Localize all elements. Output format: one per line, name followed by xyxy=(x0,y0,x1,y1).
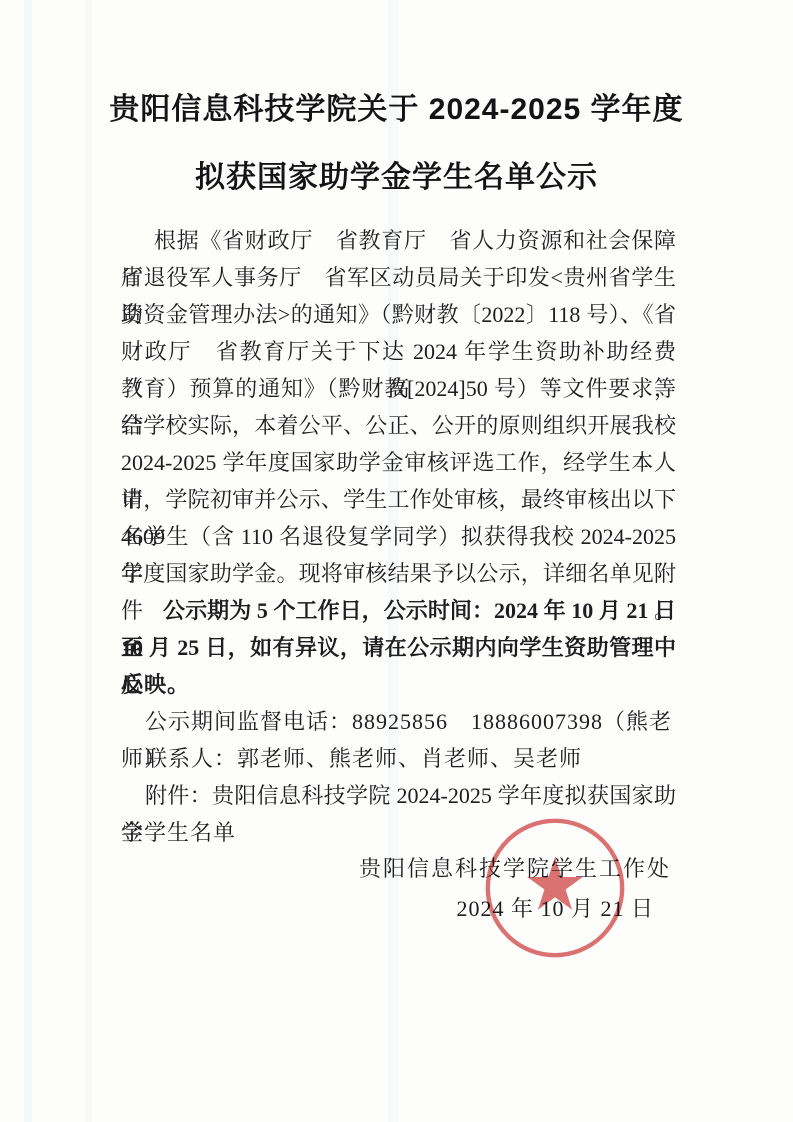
text-line: 名学生（含 110 名退役复学同学）拟获得我校 2024-2025 学 xyxy=(121,518,676,555)
text-line: 请，学院初审并公示、学生工作处审核，最终审核出以下 4609 xyxy=(121,481,676,518)
text-line: 公示期间监督电话：88925856 18886007398（熊老师） xyxy=(121,703,676,740)
signature-organization: 贵阳信息科技学院学生工作处 xyxy=(359,856,671,882)
text-line: 年度国家助学金。现将审核结果予以公示，详细名单见附件。 xyxy=(121,555,676,592)
paragraph-basis: 根据《省财政厅 省教育厅 省人力资源和社会保障厅省退役军人事务厅 省军区动员局关… xyxy=(121,222,676,592)
text-line: 10 月 25 日，如有异议，请在公示期内向学生资助管理中心 xyxy=(121,629,676,666)
signature-date: 2024 年 10 月 21 日 xyxy=(456,896,654,922)
text-line: 公示期为 5 个工作日，公示时间：2024 年 10 月 21 日至 xyxy=(121,592,676,629)
text-line: 附件：贵阳信息科技学院 2024-2025 学年度拟获国家助学 xyxy=(121,777,676,814)
document-title-line-2: 拟获国家助学金学生名单公示 xyxy=(0,158,793,198)
text-line: 合学校实际，本着公平、公正、公开的原则组织开展我校 xyxy=(121,407,676,444)
text-line: 根据《省财政厅 省教育厅 省人力资源和社会保障厅 xyxy=(121,222,676,259)
stamp-bottom-text: 学生工作处 xyxy=(506,922,604,948)
text-line: 反映。 xyxy=(121,666,676,703)
document-page: 贵阳信息科技学院关于 2024-2025 学年度 拟获国家助学金学生名单公示 根… xyxy=(0,0,793,1122)
document-title-line-1: 贵阳信息科技学院关于 2024-2025 学年度 xyxy=(0,90,793,130)
paragraph-contact-info: 公示期间监督电话：88925856 18886007398（熊老师）联系人：郭老… xyxy=(121,703,676,851)
text-line: 联系人：郭老师、熊老师、肖老师、吴老师 xyxy=(121,740,676,777)
text-line: 教育）预算的通知》（黔财教[2024]50 号）等文件要求，结 xyxy=(121,370,676,407)
paragraph-publicity-period: 公示期为 5 个工作日，公示时间：2024 年 10 月 21 日至10 月 2… xyxy=(121,592,676,703)
svg-text:学生工作处: 学生工作处 xyxy=(506,922,604,948)
text-line: 财政厅 省教育厅关于下达 2024 年学生资助补助经费（高等 xyxy=(121,333,676,370)
text-line: 金学生名单 xyxy=(121,814,676,851)
text-line: 2024-2025 学年度国家助学金审核评选工作，经学生本人申 xyxy=(121,444,676,481)
text-line: 助资金管理办法>的通知》（黔财教〔2022〕118 号）、《省 xyxy=(121,296,676,333)
text-line: 省退役军人事务厅 省军区动员局关于印发<贵州省学生资 xyxy=(121,259,676,296)
